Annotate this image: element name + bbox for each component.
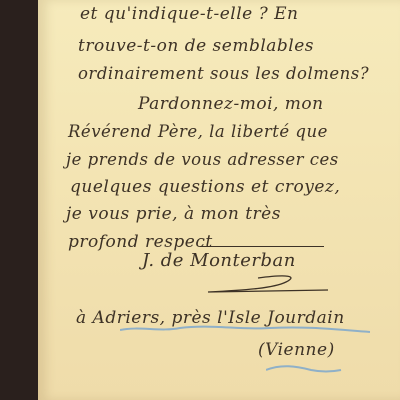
signature: J. de Monterban (142, 250, 296, 271)
letter-page: et qu'indique-t-elle ? En trouve-t-on de… (38, 0, 400, 400)
text-line: quelques questions et croyez, (70, 177, 340, 197)
blue-pencil-underline-icon (120, 322, 380, 336)
text-line: je vous prie, à mon très (66, 204, 281, 224)
text-line: Pardonnez-moi, mon (138, 94, 324, 114)
blue-pencil-underline-icon (266, 362, 346, 376)
text-line: Révérend Père, la liberté que (68, 122, 328, 141)
text-line: je prends de vous adresser ces (66, 150, 339, 169)
text-line: trouve-t-on de semblables (78, 36, 314, 56)
closing-dash (200, 246, 324, 247)
address-region: (Vienne) (258, 340, 335, 360)
text-line: et qu'indique-t-elle ? En (80, 4, 299, 24)
dark-margin-band (0, 0, 38, 400)
text-line: ordinairement sous les dolmens? (78, 64, 369, 83)
text-line: profond respect (68, 232, 213, 252)
signature-flourish-icon (188, 270, 338, 300)
